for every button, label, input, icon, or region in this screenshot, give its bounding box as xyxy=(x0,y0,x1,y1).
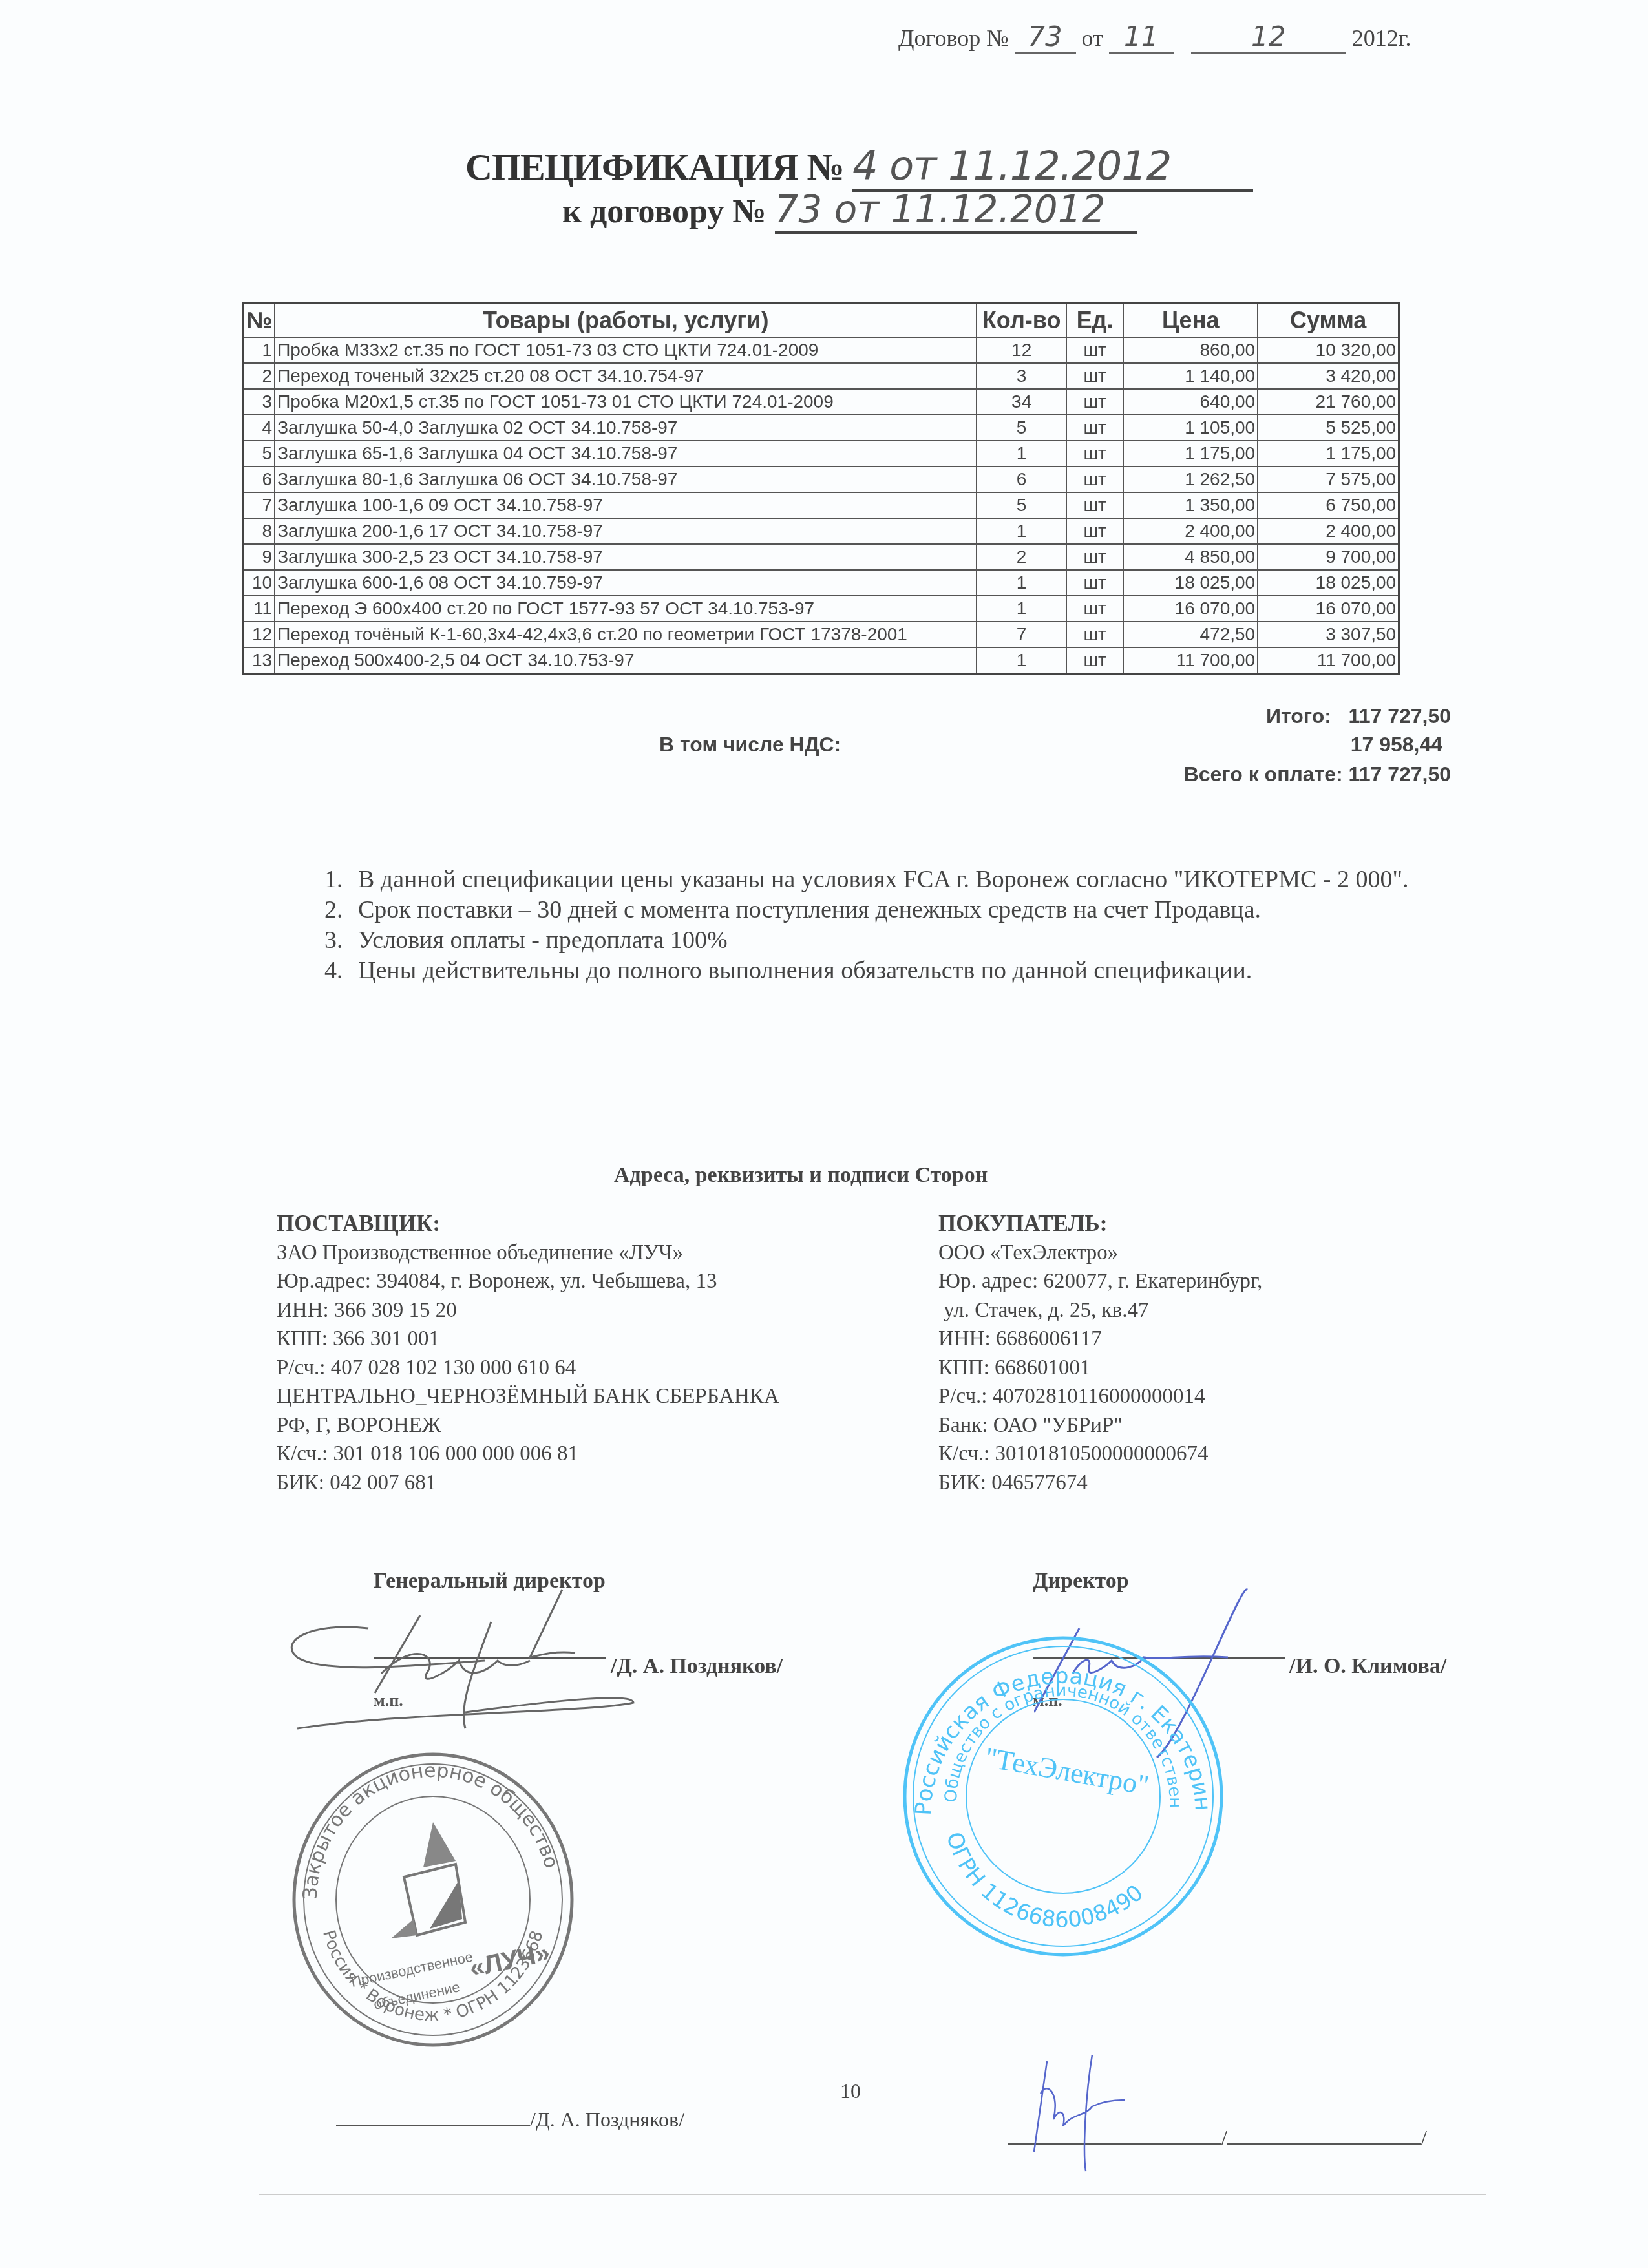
item-sum: 3 420,00 xyxy=(1258,363,1399,389)
page-number: 10 xyxy=(840,2079,861,2103)
table-row: 9Заглушка 300-2,5 23 ОСТ 34.10.758-972шт… xyxy=(244,544,1399,570)
item-unit: шт xyxy=(1066,389,1123,415)
item-qty: 2 xyxy=(977,544,1066,570)
supplier-stamp-icon: Закрытое акционерное общество Россия * В… xyxy=(278,1732,588,2055)
table-row: 3Пробка М20х1,5 ст.35 по ГОСТ 1051-73 01… xyxy=(244,389,1399,415)
buyer-line: Юр. адрес: 620077, г. Екатеринбург, xyxy=(938,1267,1262,1296)
item-sum: 18 025,00 xyxy=(1258,570,1399,596)
table-header-row: № Товары (работы, услуги) Кол-во Ед. Цен… xyxy=(244,304,1399,338)
item-qty: 5 xyxy=(977,415,1066,441)
buyer-stamp-bottom-text: ОГРН 1126686008490 xyxy=(941,1829,1148,1933)
item-unit: шт xyxy=(1066,467,1123,492)
supplier-heading: ПОСТАВЩИК: xyxy=(277,1210,779,1239)
item-qty: 5 xyxy=(977,492,1066,518)
contract-prefix: Договор № xyxy=(898,25,1009,51)
footer-buyer-signature-icon xyxy=(1021,2055,1150,2197)
item-name: Переход точеный 32х25 ст.20 08 ОСТ 34.10… xyxy=(275,363,977,389)
svg-text:ОГРН 1126686008490: ОГРН 1126686008490 xyxy=(941,1829,1148,1933)
total-label: Итого: xyxy=(1266,704,1331,728)
item-unit: шт xyxy=(1066,518,1123,544)
footer-left-signature: /Д. А. Поздняков/ xyxy=(336,2108,684,2132)
buyer-stamp-center-text: "ТехЭлектро" xyxy=(982,1741,1151,1801)
item-name: Заглушка 200-1,6 17 ОСТ 34.10.758-97 xyxy=(275,518,977,544)
row-number: 9 xyxy=(244,544,275,570)
table-row: 12Переход точёный К-1-60,3х4-42,4х3,6 ст… xyxy=(244,622,1399,647)
supplier-line: Юр.адрес: 394084, г. Воронеж, ул. Чебыше… xyxy=(277,1267,779,1296)
condition-item: Срок поставки – 30 дней с момента поступ… xyxy=(349,895,1448,925)
item-price: 1 350,00 xyxy=(1123,492,1258,518)
contract-from: от xyxy=(1082,25,1103,51)
buyer-signatory-name: /И. О. Климова/ xyxy=(1289,1654,1446,1679)
item-sum: 5 525,00 xyxy=(1258,415,1399,441)
title-label: СПЕЦИФИКАЦИЯ № xyxy=(465,146,844,188)
item-qty: 3 xyxy=(977,363,1066,389)
row-number: 13 xyxy=(244,647,275,674)
row-number: 11 xyxy=(244,596,275,622)
item-qty: 1 xyxy=(977,570,1066,596)
item-price: 16 070,00 xyxy=(1123,596,1258,622)
item-unit: шт xyxy=(1066,647,1123,674)
col-sum: Сумма xyxy=(1258,304,1399,338)
table-row: 7Заглушка 100-1,6 09 ОСТ 34.10.758-975шт… xyxy=(244,492,1399,518)
item-unit: шт xyxy=(1066,492,1123,518)
buyer-line: К/сч.: 30101810500000000674 xyxy=(938,1440,1262,1469)
item-price: 860,00 xyxy=(1123,337,1258,363)
item-name: Заглушка 100-1,6 09 ОСТ 34.10.758-97 xyxy=(275,492,977,518)
row-number: 3 xyxy=(244,389,275,415)
table-row: 5Заглушка 65-1,6 Заглушка 04 ОСТ 34.10.7… xyxy=(244,441,1399,467)
condition-item: Условия оплаты - предоплата 100% xyxy=(349,925,1448,956)
table-row: 13Переход 500х400-2,5 04 ОСТ 34.10.753-9… xyxy=(244,647,1399,674)
col-number: № xyxy=(244,304,275,338)
item-sum: 9 700,00 xyxy=(1258,544,1399,570)
buyer-stamp-icon: Российская Федерация г. Екатеринбург Общ… xyxy=(895,1628,1231,1964)
item-unit: шт xyxy=(1066,441,1123,467)
footer-right-end: / xyxy=(1421,2126,1427,2149)
item-sum: 6 750,00 xyxy=(1258,492,1399,518)
buyer-line: Банк: ОАО "УБРиР" xyxy=(938,1411,1262,1440)
supplier-line: РФ, Г, ВОРОНЕЖ xyxy=(277,1411,779,1440)
page-subtitle: к договору № 73 от 11.12.2012 xyxy=(562,187,1137,234)
title-handwritten: 4 от 11.12.2012 xyxy=(852,142,1171,189)
vat-value: 17 958,44 xyxy=(1351,733,1442,757)
col-unit: Ед. xyxy=(1066,304,1123,338)
item-qty: 1 xyxy=(977,647,1066,674)
supplier-line: ЗАО Производственное объединение «ЛУЧ» xyxy=(277,1239,779,1268)
buyer-heading: ПОКУПАТЕЛЬ: xyxy=(938,1210,1262,1239)
item-qty: 6 xyxy=(977,467,1066,492)
item-price: 640,00 xyxy=(1123,389,1258,415)
table-row: 10Заглушка 600-1,6 08 ОСТ 34.10.759-971ш… xyxy=(244,570,1399,596)
row-number: 7 xyxy=(244,492,275,518)
contract-year: 2012г. xyxy=(1352,25,1411,51)
item-unit: шт xyxy=(1066,363,1123,389)
buyer-line: БИК: 046577674 xyxy=(938,1469,1262,1498)
item-price: 18 025,00 xyxy=(1123,570,1258,596)
table-row: 4Заглушка 50-4,0 Заглушка 02 ОСТ 34.10.7… xyxy=(244,415,1399,441)
table-row: 1Пробка М33х2 ст.35 по ГОСТ 1051-73 03 С… xyxy=(244,337,1399,363)
bottom-rule xyxy=(259,2194,1486,2195)
item-name: Переход Э 600х400 ст.20 по ГОСТ 1577-93 … xyxy=(275,596,977,622)
grand-total-label: Всего к оплате: xyxy=(1184,762,1343,786)
item-price: 1 262,50 xyxy=(1123,467,1258,492)
item-sum: 2 400,00 xyxy=(1258,518,1399,544)
item-sum: 7 575,00 xyxy=(1258,467,1399,492)
row-number: 1 xyxy=(244,337,275,363)
table-row: 2Переход точеный 32х25 ст.20 08 ОСТ 34.1… xyxy=(244,363,1399,389)
buyer-line: Р/сч.: 40702810116000000014 xyxy=(938,1382,1262,1411)
item-qty: 34 xyxy=(977,389,1066,415)
row-number: 6 xyxy=(244,467,275,492)
row-number: 8 xyxy=(244,518,275,544)
item-name: Переход точёный К-1-60,3х4-42,4х3,6 ст.2… xyxy=(275,622,977,647)
buyer-line: ООО «ТехЭлектро» xyxy=(938,1239,1262,1268)
supplier-line: КПП: 366 301 001 xyxy=(277,1325,779,1354)
buyer-line: ИНН: 6686006117 xyxy=(938,1325,1262,1354)
item-unit: шт xyxy=(1066,570,1123,596)
table-row: 8Заглушка 200-1,6 17 ОСТ 34.10.758-971шт… xyxy=(244,518,1399,544)
item-name: Переход 500х400-2,5 04 ОСТ 34.10.753-97 xyxy=(275,647,977,674)
items-table: № Товары (работы, услуги) Кол-во Ед. Цен… xyxy=(242,302,1400,675)
item-name: Заглушка 80-1,6 Заглушка 06 ОСТ 34.10.75… xyxy=(275,467,977,492)
row-number: 2 xyxy=(244,363,275,389)
item-qty: 1 xyxy=(977,441,1066,467)
grand-total-row: Всего к оплате: 117 727,50 xyxy=(1184,762,1451,786)
item-qty: 7 xyxy=(977,622,1066,647)
subtitle-handwritten: 73 от 11.12.2012 xyxy=(775,187,1106,231)
row-number: 12 xyxy=(244,622,275,647)
buyer-line: КПП: 668601001 xyxy=(938,1354,1262,1383)
item-sum: 10 320,00 xyxy=(1258,337,1399,363)
supplier-line: ИНН: 366 309 15 20 xyxy=(277,1296,779,1325)
item-name: Заглушка 65-1,6 Заглушка 04 ОСТ 34.10.75… xyxy=(275,441,977,467)
supplier-details: ПОСТАВЩИК: ЗАО Производственное объедине… xyxy=(277,1210,779,1497)
table-row: 6Заглушка 80-1,6 Заглушка 06 ОСТ 34.10.7… xyxy=(244,467,1399,492)
col-goods: Товары (работы, услуги) xyxy=(275,304,977,338)
contract-day: 11 xyxy=(1124,21,1158,52)
item-unit: шт xyxy=(1066,337,1123,363)
row-number: 10 xyxy=(244,570,275,596)
item-unit: шт xyxy=(1066,596,1123,622)
item-price: 1 105,00 xyxy=(1123,415,1258,441)
item-unit: шт xyxy=(1066,622,1123,647)
item-sum: 1 175,00 xyxy=(1258,441,1399,467)
item-sum: 21 760,00 xyxy=(1258,389,1399,415)
item-price: 1 175,00 xyxy=(1123,441,1258,467)
supplier-line: Р/сч.: 407 028 102 130 000 610 64 xyxy=(277,1354,779,1383)
item-sum: 16 070,00 xyxy=(1258,596,1399,622)
table-row: 11Переход Э 600х400 ст.20 по ГОСТ 1577-9… xyxy=(244,596,1399,622)
condition-item: В данной спецификации цены указаны на ус… xyxy=(349,865,1448,895)
vat-label: В том числе НДС: xyxy=(659,733,841,757)
item-unit: шт xyxy=(1066,415,1123,441)
subtitle-label: к договору № xyxy=(562,193,766,230)
buyer-details: ПОКУПАТЕЛЬ: ООО «ТехЭлектро» Юр. адрес: … xyxy=(938,1210,1262,1497)
parties-title: Адреса, реквизиты и подписи Сторон xyxy=(614,1163,988,1188)
item-name: Пробка М20х1,5 ст.35 по ГОСТ 1051-73 01 … xyxy=(275,389,977,415)
item-qty: 12 xyxy=(977,337,1066,363)
item-price: 2 400,00 xyxy=(1123,518,1258,544)
item-sum: 3 307,50 xyxy=(1258,622,1399,647)
item-qty: 1 xyxy=(977,518,1066,544)
buyer-line: ул. Стачек, д. 25, кв.47 xyxy=(938,1296,1262,1325)
item-name: Заглушка 600-1,6 08 ОСТ 34.10.759-97 xyxy=(275,570,977,596)
item-price: 4 850,00 xyxy=(1123,544,1258,570)
item-sum: 11 700,00 xyxy=(1258,647,1399,674)
contract-reference: Договор № 73 от 11 12 2012г. xyxy=(898,21,1411,54)
supplier-line: К/сч.: 301 018 106 000 000 006 81 xyxy=(277,1440,779,1469)
footer-left-name: /Д. А. Поздняков/ xyxy=(530,2108,684,2131)
footer-right-separator: / xyxy=(1221,2126,1227,2149)
total-value: 117 727,50 xyxy=(1349,704,1451,728)
item-price: 11 700,00 xyxy=(1123,647,1258,674)
supplier-line: ЦЕНТРАЛЬНО_ЧЕРНОЗЁМНЫЙ БАНК СБЕРБАНКА xyxy=(277,1382,779,1411)
item-price: 472,50 xyxy=(1123,622,1258,647)
row-number: 4 xyxy=(244,415,275,441)
col-qty: Кол-во xyxy=(977,304,1066,338)
condition-item: Цены действительны до полного выполнения… xyxy=(349,956,1448,986)
item-name: Заглушка 50-4,0 Заглушка 02 ОСТ 34.10.75… xyxy=(275,415,977,441)
table-body: 1Пробка М33х2 ст.35 по ГОСТ 1051-73 03 С… xyxy=(244,337,1399,674)
col-price: Цена xyxy=(1123,304,1258,338)
item-unit: шт xyxy=(1066,544,1123,570)
conditions-list: В данной спецификации цены указаны на ус… xyxy=(330,865,1448,986)
item-qty: 1 xyxy=(977,596,1066,622)
item-price: 1 140,00 xyxy=(1123,363,1258,389)
supplier-line: БИК: 042 007 681 xyxy=(277,1469,779,1498)
row-number: 5 xyxy=(244,441,275,467)
item-name: Заглушка 300-2,5 23 ОСТ 34.10.758-97 xyxy=(275,544,977,570)
contract-number: 73 xyxy=(1028,21,1062,52)
grand-total-value: 117 727,50 xyxy=(1349,762,1451,786)
item-name: Пробка М33х2 ст.35 по ГОСТ 1051-73 03 СТ… xyxy=(275,337,977,363)
supplier-signature-icon xyxy=(271,1577,737,1745)
total-row: Итого: 117 727,50 xyxy=(1266,704,1451,728)
contract-month: 12 xyxy=(1251,21,1285,52)
page-title: СПЕЦИФИКАЦИЯ № 4 от 11.12.2012 xyxy=(465,142,1253,192)
